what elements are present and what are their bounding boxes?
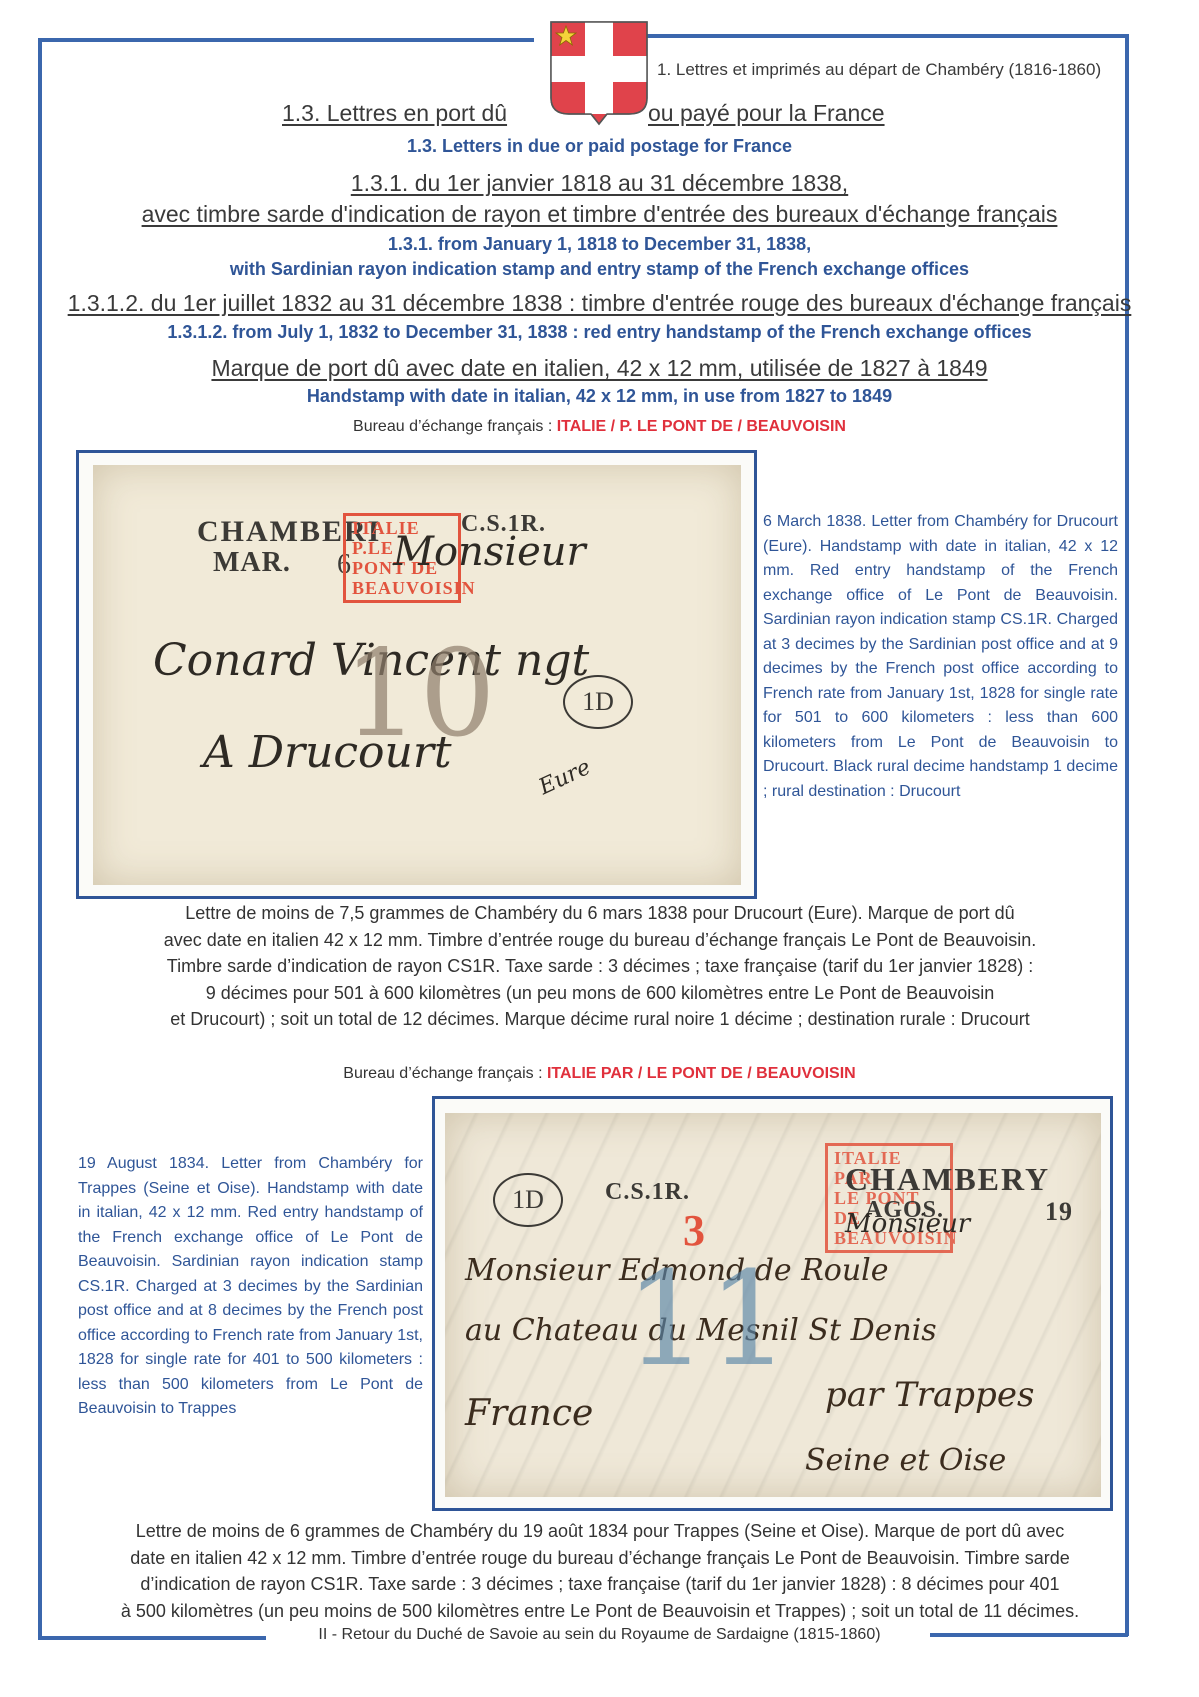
paragraph-line: date en italien 42 x 12 mm. Timbre d’ent… <box>60 1545 1140 1572</box>
letter-cover-1: CHAMBERI MAR. 6 ITALIE P.LE PONT DE BEAU… <box>93 465 741 885</box>
tax-marking: 11 <box>625 1243 790 1395</box>
page-title-english: 1.3. Letters in due or paid postage for … <box>0 136 1199 157</box>
address-line: France <box>465 1393 593 1434</box>
letter-1-description-en: 6 March 1838. Letter from Chambéry for D… <box>763 510 1118 804</box>
paragraph-line: 9 décimes pour 501 à 600 kilomètres (un … <box>60 980 1140 1007</box>
address-line: Eure <box>535 755 594 800</box>
letter-2-description-en: 19 August 1834. Letter from Chambéry for… <box>78 1152 423 1422</box>
frame-top-left-rule <box>38 38 534 42</box>
entry-stamp-line: BEAUVOISIN <box>352 578 452 598</box>
address-line: Monsieur <box>845 1209 970 1239</box>
savoy-cross-shield-icon <box>549 20 649 130</box>
bureau-line-1: Bureau d’échange français : ITALIE / P. … <box>0 418 1199 436</box>
letter-photo-2: 1D C.S.1R. ITALIE PAR LE PONT DE BEAUVOI… <box>432 1096 1113 1511</box>
bureau-label: Bureau d’échange français : <box>343 1065 547 1082</box>
date-stamp-month: MAR. <box>213 547 291 579</box>
letter-cover-2: 1D C.S.1R. ITALIE PAR LE PONT DE BEAUVOI… <box>445 1113 1101 1497</box>
paragraph-line: et Drucourt) ; soit un total de 12 décim… <box>60 1006 1140 1033</box>
paragraph-line: à 500 kilomètres (un peu moins de 500 ki… <box>60 1598 1140 1625</box>
bureau-value: ITALIE / P. LE PONT DE / BEAUVOISIN <box>557 418 846 435</box>
frame-top-right-rule <box>646 34 1128 38</box>
rural-decime-stamp: 1D <box>493 1173 563 1227</box>
address-line: Seine et Oise <box>805 1443 1006 1478</box>
date-stamp-town: CHAMBERY <box>845 1161 1050 1198</box>
bureau-value: ITALIE PAR / LE PONT DE / BEAUVOISIN <box>547 1065 856 1082</box>
bureau-line-2: Bureau d’échange français : ITALIE PAR /… <box>0 1065 1199 1083</box>
chapter-label: 1. Lettres et imprimés au départ de Cham… <box>657 60 1101 80</box>
paragraph-line: Timbre sarde d’indication de rayon CS1R.… <box>60 953 1140 980</box>
date-stamp-day: 19 <box>1045 1197 1073 1227</box>
paragraph-line: Lettre de moins de 6 grammes de Chambéry… <box>60 1518 1140 1545</box>
section-title-en-line1: 1.3.1. from January 1, 1818 to December … <box>0 234 1199 255</box>
address-line: par Trappes <box>825 1375 1034 1415</box>
letter-2-description-fr: Lettre de moins de 6 grammes de Chambéry… <box>60 1518 1140 1624</box>
letter-photo-1: CHAMBERI MAR. 6 ITALIE P.LE PONT DE BEAU… <box>76 450 757 899</box>
subsection-title-fr: 1.3.1.2. du 1er juillet 1832 au 31 décem… <box>0 290 1199 317</box>
bureau-label: Bureau d’échange français : <box>353 418 557 435</box>
section-title-fr-line2: avec timbre sarde d'indication de rayon … <box>0 201 1199 228</box>
rural-decime-stamp: 1D <box>563 675 633 729</box>
page-title-left: 1.3. Lettres en port dû <box>282 100 507 127</box>
address-line: Monsieur <box>393 529 586 575</box>
handstamp-title-en: Handstamp with date in italian, 42 x 12 … <box>0 386 1199 407</box>
page-footer: II - Retour du Duché de Savoie au sein d… <box>0 1626 1199 1644</box>
paragraph-line: avec date en italien 42 x 12 mm. Timbre … <box>60 927 1140 954</box>
subsection-title-en: 1.3.1.2. from July 1, 1832 to December 3… <box>0 322 1199 343</box>
page-title-right: ou payé pour la France <box>648 100 885 127</box>
handstamp-title-fr: Marque de port dû avec date en italien, … <box>0 355 1199 382</box>
letter-1-description-fr: Lettre de moins de 7,5 grammes de Chambé… <box>60 900 1140 1033</box>
section-title-en-line2: with Sardinian rayon indication stamp an… <box>0 259 1199 280</box>
section-title-fr-line1: 1.3.1. du 1er janvier 1818 au 31 décembr… <box>0 170 1199 197</box>
paragraph-line: d’indication de rayon CS1R. Taxe sarde :… <box>60 1571 1140 1598</box>
paragraph-line: Lettre de moins de 7,5 grammes de Chambé… <box>60 900 1140 927</box>
rayon-stamp: C.S.1R. <box>605 1179 690 1206</box>
tax-marking: 10 <box>343 625 496 764</box>
